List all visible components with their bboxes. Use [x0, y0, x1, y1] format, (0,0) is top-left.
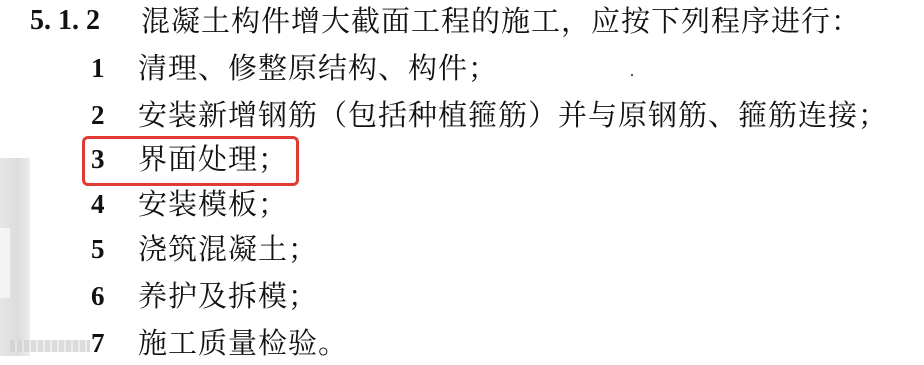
item-number: 2 [91, 98, 105, 132]
section-number: 5. 1. 2 [30, 4, 100, 38]
list-item-highlighted: 3 界面处理； [0, 142, 924, 176]
list-item: 4 安装模板； [0, 187, 924, 221]
item-text: 界面处理； [138, 142, 288, 176]
section-heading: 5. 1. 2 混凝土构件增大截面工程的施工，应按下列程序进行： [0, 4, 924, 38]
section-title: 混凝土构件增大截面工程的施工，应按下列程序进行： [141, 4, 861, 38]
list-item: 2 安装新增钢筋（包括种植箍筋）并与原钢筋、箍筋连接； [0, 98, 924, 132]
item-text: 安装新增钢筋（包括种植箍筋）并与原钢筋、箍筋连接； [138, 98, 888, 132]
item-text: 清理、修整原结构、构件； [138, 51, 498, 85]
item-number: 7 [91, 326, 105, 360]
item-number: 6 [91, 279, 105, 313]
item-text: 施工质量检验。 [138, 326, 348, 360]
list-item: 1 清理、修整原结构、构件； [0, 51, 924, 85]
item-number: 5 [91, 232, 105, 266]
item-text: 浇筑混凝土； [138, 232, 318, 266]
list-item: 7 施工质量检验。 [0, 326, 924, 360]
list-item: 6 养护及拆模； [0, 279, 924, 313]
item-text: 安装模板； [138, 187, 288, 221]
item-text: 养护及拆模； [138, 279, 318, 313]
item-number: 1 [91, 51, 105, 85]
list-item: 5 浇筑混凝土； [0, 232, 924, 266]
item-number: 3 [91, 142, 105, 176]
item-number: 4 [91, 187, 105, 221]
